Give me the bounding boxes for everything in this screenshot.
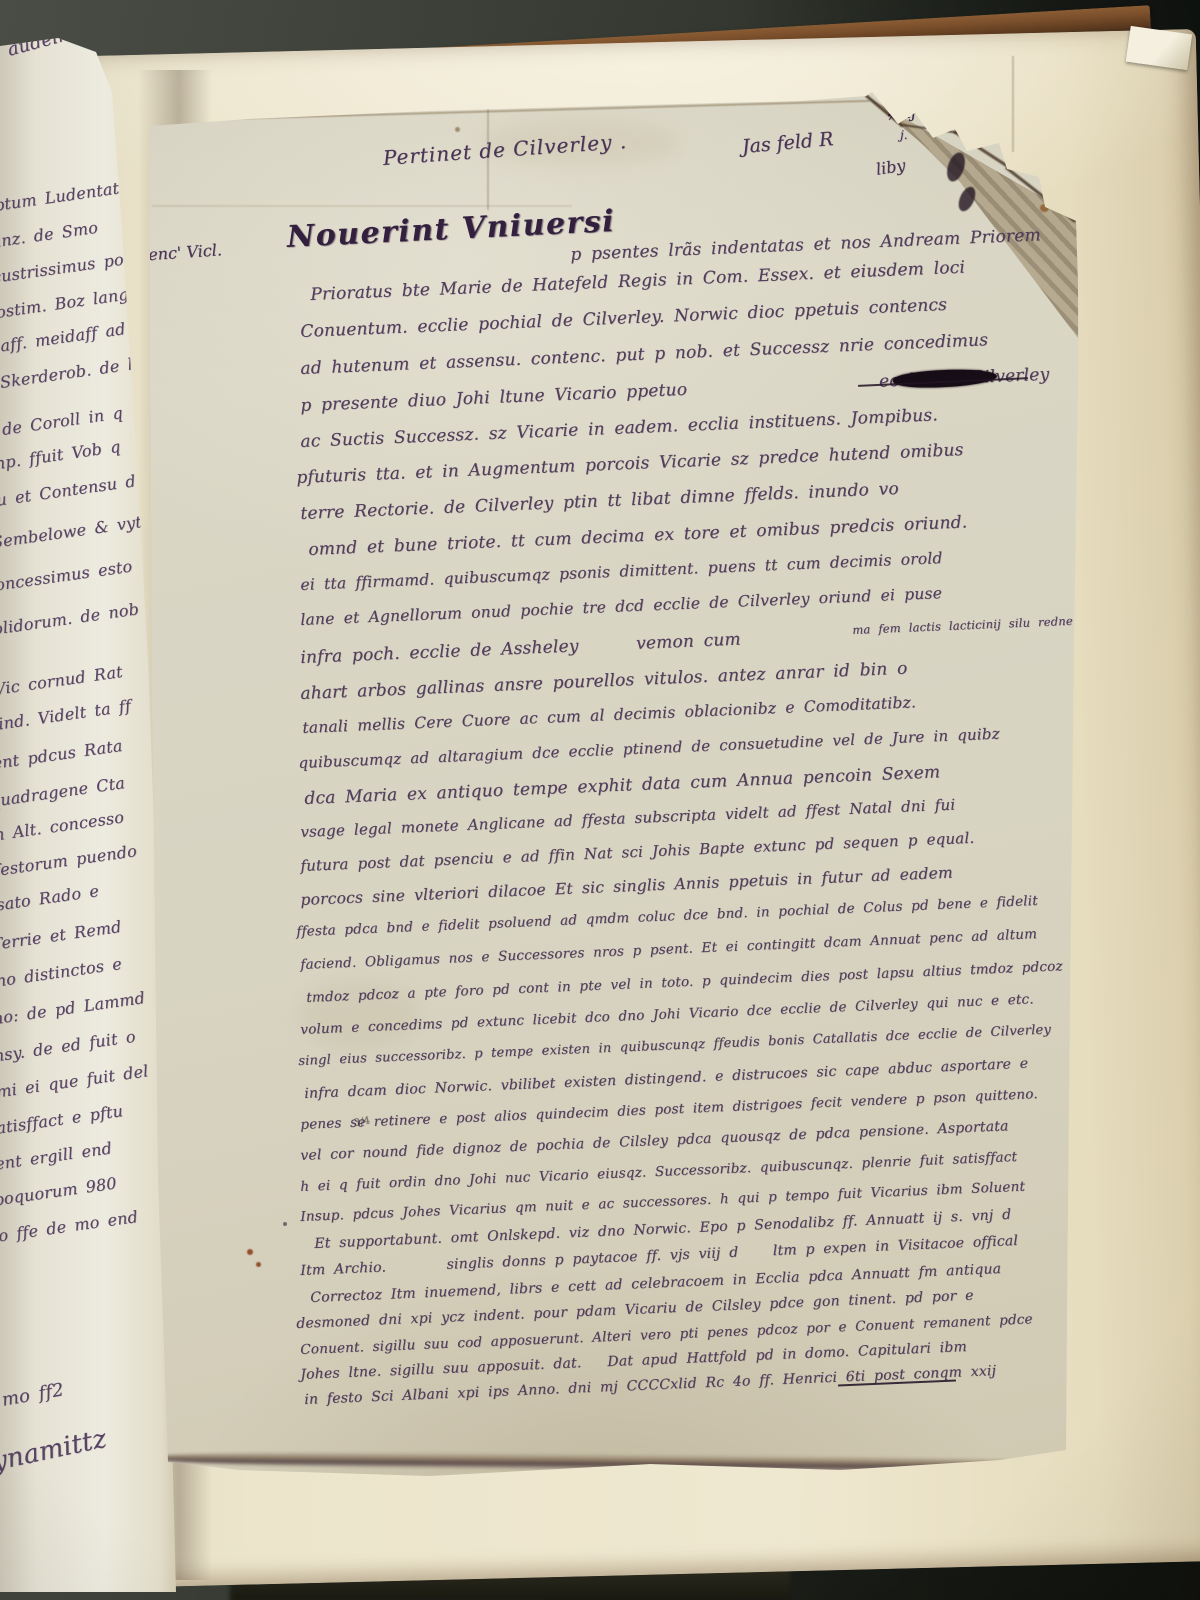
facing-page-text-fragment: mo: de pd Lammd	[0, 988, 146, 1029]
facing-page-text-fragment: psato Rado e	[0, 881, 100, 916]
facing-page-text-fragment: Vic cornud Rat	[0, 662, 124, 699]
facing-page-text-fragment: daff. meidaff ad	[0, 319, 127, 357]
facing-page-text-fragment: tent pdcus Rata	[0, 736, 124, 774]
facing-page-text-fragment: Skerderob. de l	[0, 354, 134, 391]
facing-page-text-fragment: onsy. de ed fuit o	[0, 1027, 137, 1067]
facing-page-text-fragment: im Alt. concesso	[0, 807, 125, 845]
facing-page-text-fragment: no ffe de mo end	[0, 1207, 139, 1247]
facing-page-text-fragment: inz. de Smo	[0, 218, 99, 251]
opening-words: Nouerint Vniuersi	[286, 204, 616, 255]
facing-page-text-fragment: mo ff2	[0, 1379, 65, 1411]
facing-page-text-fragment: pind. Videlt ta ff	[0, 696, 132, 735]
facing-page-text-fragment: epoquorum 980	[0, 1173, 118, 1210]
date-strike-line	[838, 1380, 956, 1387]
facing-page-text-fragment: satisffact e pftu	[0, 1101, 124, 1139]
facing-page-text-fragment: pmi ei que fuit del	[0, 1061, 150, 1103]
facing-page-text-fragment: Sembelowe & vyt	[0, 512, 143, 552]
facing-page-text-fragment: ptum Ludentatu	[0, 177, 131, 215]
facing-page-text-fragment: ostim. Boz langb	[0, 283, 140, 322]
facing-page-text-fragment: mp. ffuit Vob q	[0, 437, 122, 474]
manuscript-leaf: Pertinet de Cilverley . Jas feld R xiiij…	[0, 0, 1200, 1600]
guard-crease	[1012, 56, 1014, 152]
facing-page-text-fragment: colidorum. de nob	[0, 599, 140, 640]
facing-page-text-fragment: su et Contensu d	[0, 471, 137, 511]
facing-page-text-fragment: concessimus esto	[0, 557, 133, 596]
facing-page-text-fragment: cent ergill end	[0, 1138, 113, 1174]
facing-page-text-fragment: quadragene Cta	[0, 773, 126, 811]
facing-page-text-fragment: custrissimus pono	[0, 247, 145, 287]
facing-page-text-fragment: ono distinctos e	[0, 954, 123, 992]
manuscript-extra-text: Nouerint Vniuersi ma fem lactis lacticin…	[0, 0, 1200, 1600]
facing-page-text-fragment: ffestorum puendo	[0, 841, 138, 881]
facing-page-text-fragment: de Coroll in q	[1, 403, 124, 439]
interlinear-note: ma fem lactis lacticinij silu redne lar	[852, 613, 1098, 637]
facing-page-text-fragment: Dynamittz	[0, 1424, 109, 1482]
facing-page-text-fragment: Terrie et Remd	[0, 917, 123, 954]
